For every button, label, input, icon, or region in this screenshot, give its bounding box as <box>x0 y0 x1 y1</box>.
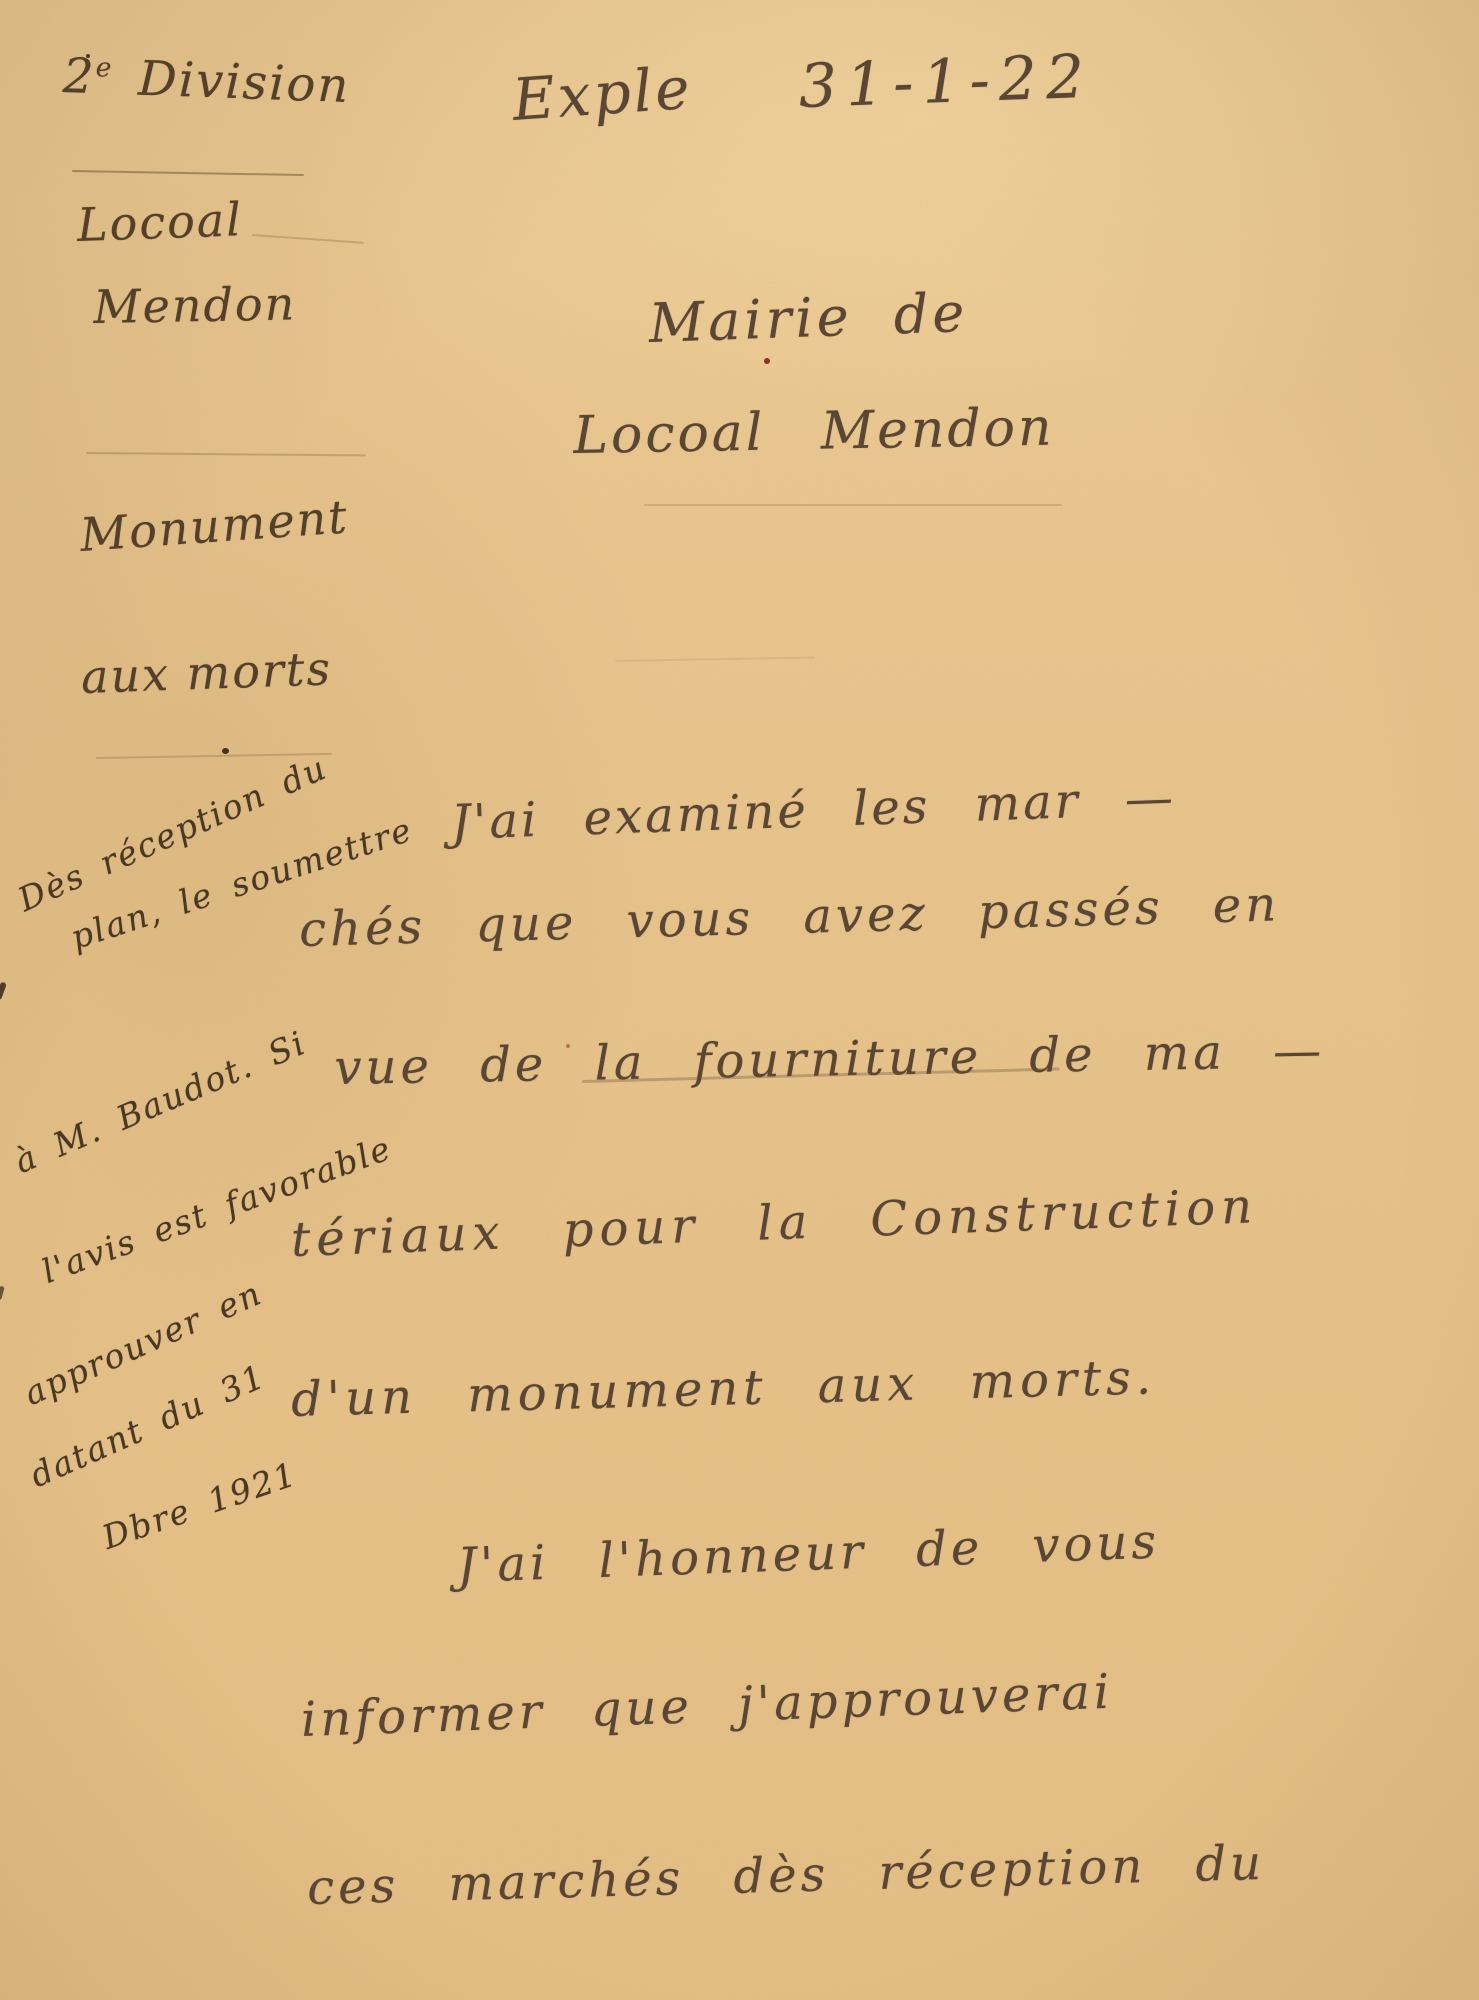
ink-spot <box>222 748 229 754</box>
margin-place-line1: Locoal <box>76 192 244 252</box>
faint-pen-line <box>615 657 815 662</box>
edge-ink-mark <box>0 1286 5 1301</box>
red-speck <box>764 358 770 364</box>
dispatch-date: 31-1-22 <box>798 42 1095 122</box>
place-underline <box>86 452 366 456</box>
marginal-note-line: Dbre 1921 <box>97 1454 302 1557</box>
margin-subject-line2: aux morts <box>80 641 333 704</box>
division-ordinal-sup: e <box>95 52 114 84</box>
letterhead-line2: Locoal Mendon <box>573 398 1055 466</box>
edge-ink-mark <box>0 982 7 1001</box>
margin-place-line2: Mendon <box>93 276 297 334</box>
body-line: J'ai l'honneur de vous <box>456 1513 1161 1594</box>
body-line: J'ai examiné les mar — <box>450 770 1177 851</box>
ink-dot <box>86 54 90 58</box>
place-flourish <box>252 234 364 244</box>
marginal-note-line: à M. Baudot. Si <box>9 1023 312 1181</box>
letter-page: 2e Division Locoal Mendon Monument aux m… <box>0 0 1479 2000</box>
body-line: vue de la fourniture de ma — <box>334 1023 1326 1096</box>
body-line: ces marchés dès réception du <box>307 1835 1266 1916</box>
division-word: Division <box>137 51 351 114</box>
division-number: 2 <box>62 48 96 105</box>
body-line: chés que vous avez passés en <box>299 876 1281 958</box>
letterhead-underline <box>644 504 1062 506</box>
margin-subject-line1: Monument <box>78 489 350 562</box>
dispatch-label: Exple <box>510 54 694 134</box>
division-underline <box>72 170 304 176</box>
letterhead-line1: Mairie de <box>648 281 970 355</box>
margin-division: 2e Division <box>62 48 351 114</box>
body-line: tériaux pour la Construction <box>290 1178 1259 1268</box>
body-line: informer que j'approuverai <box>300 1664 1114 1748</box>
body-line: d'un monument aux morts. <box>291 1349 1157 1428</box>
rust-speck <box>566 1044 570 1048</box>
